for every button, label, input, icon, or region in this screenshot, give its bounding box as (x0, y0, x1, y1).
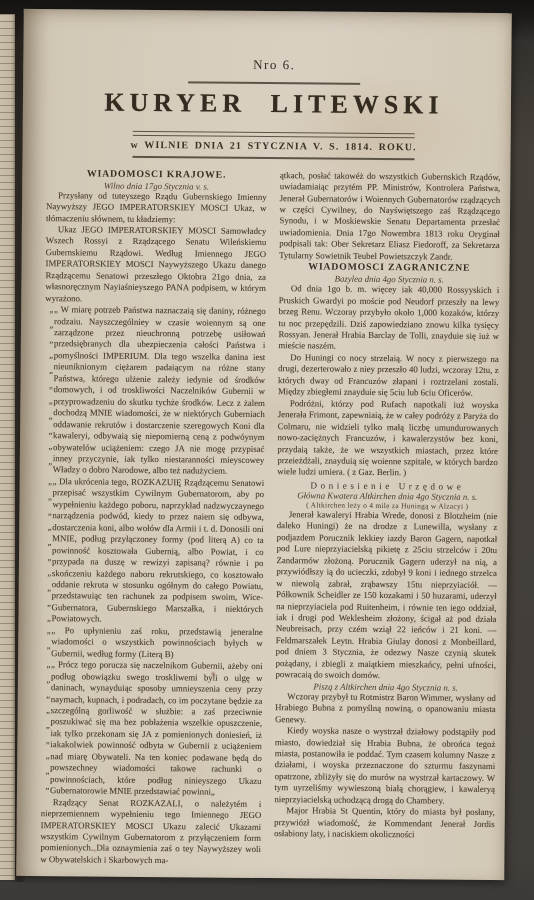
article-paragraph-quoted: „ Po upłynieniu zaś roku, przedstawią je… (42, 625, 263, 661)
article-paragraph: Od dnia 1go b. m. więcey iak 40,000 Ross… (278, 283, 499, 354)
newspaper-page: Nro 6. KURYER LITEWSKI w WILNIE DNIA 21 … (16, 9, 512, 880)
article-paragraph: ątkach, posłać takowéż do wszystkich Gub… (279, 170, 500, 264)
article-paragraph: Wczoray przybył tu Rotmistrz Baron Wimme… (275, 691, 496, 727)
masthead-rule-top (188, 81, 360, 85)
article-paragraph-quoted: „ W miarę potrzeb Państwa naznaczaią się… (44, 304, 266, 478)
masthead-title: KURYER LITEWSKI (47, 87, 501, 121)
scan-background: { "colors": { "paper": "#d7cdbb", "ink":… (0, 0, 534, 900)
issue-number: Nro 6. (47, 55, 501, 75)
article-paragraph: Przysłany od tuteyszego Rządu Gubernskie… (46, 190, 267, 226)
article-paragraph-quoted: „ Prócz tego porucza się naczelnikom Gub… (41, 659, 263, 798)
article-paragraph: Do Huningi co nocy strzelaią. W nocy z p… (278, 352, 499, 400)
masthead-rule-bottom (133, 156, 415, 160)
masthead-rule-double (133, 131, 415, 138)
article-columns: WIADOMOSCI KRAJOWE.Wilno dnia 17go Stycz… (40, 168, 500, 870)
article-paragraph: Jenerał kawaleryi Hrabia Wrede, donosi z… (275, 509, 497, 683)
article-paragraph: Podróżni, którzy pod Rufach napotkali iu… (277, 398, 498, 480)
column-left: WIADOMOSCI KRAJOWE.Wilno dnia 17go Stycz… (40, 168, 267, 868)
masthead: Nro 6. KURYER LITEWSKI w WILNIE DNIA 21 … (47, 55, 502, 161)
article-paragraph: Rządzący Senat ROZKAZALI, o należytém i … (40, 797, 261, 868)
article-paragraph: Major Hrabia St Quentin, który do miasta… (274, 805, 495, 841)
section-heading: WIADOMOSCI KRAJOWE. (46, 168, 267, 181)
article-paragraph: Kiedy woyska nasze o wystrzał działowy p… (274, 725, 495, 807)
article-paragraph: Ukaz JEGO IMPERATORSKIEY MOSCI Samowładc… (45, 224, 266, 306)
section-heading: WIADOMOSCI ZAGRANICZNE (279, 261, 500, 274)
column-right: ątkach, posłać takowéż do wszystkich Gub… (274, 170, 501, 870)
masthead-dateline: w WILNIE DNIA 21 STYCZNIA V. S. 1814. RO… (47, 139, 501, 154)
article-paragraph-quoted: „ Dla ukrócenia tego, ROZKAZUIĘ Rządzące… (42, 476, 264, 627)
